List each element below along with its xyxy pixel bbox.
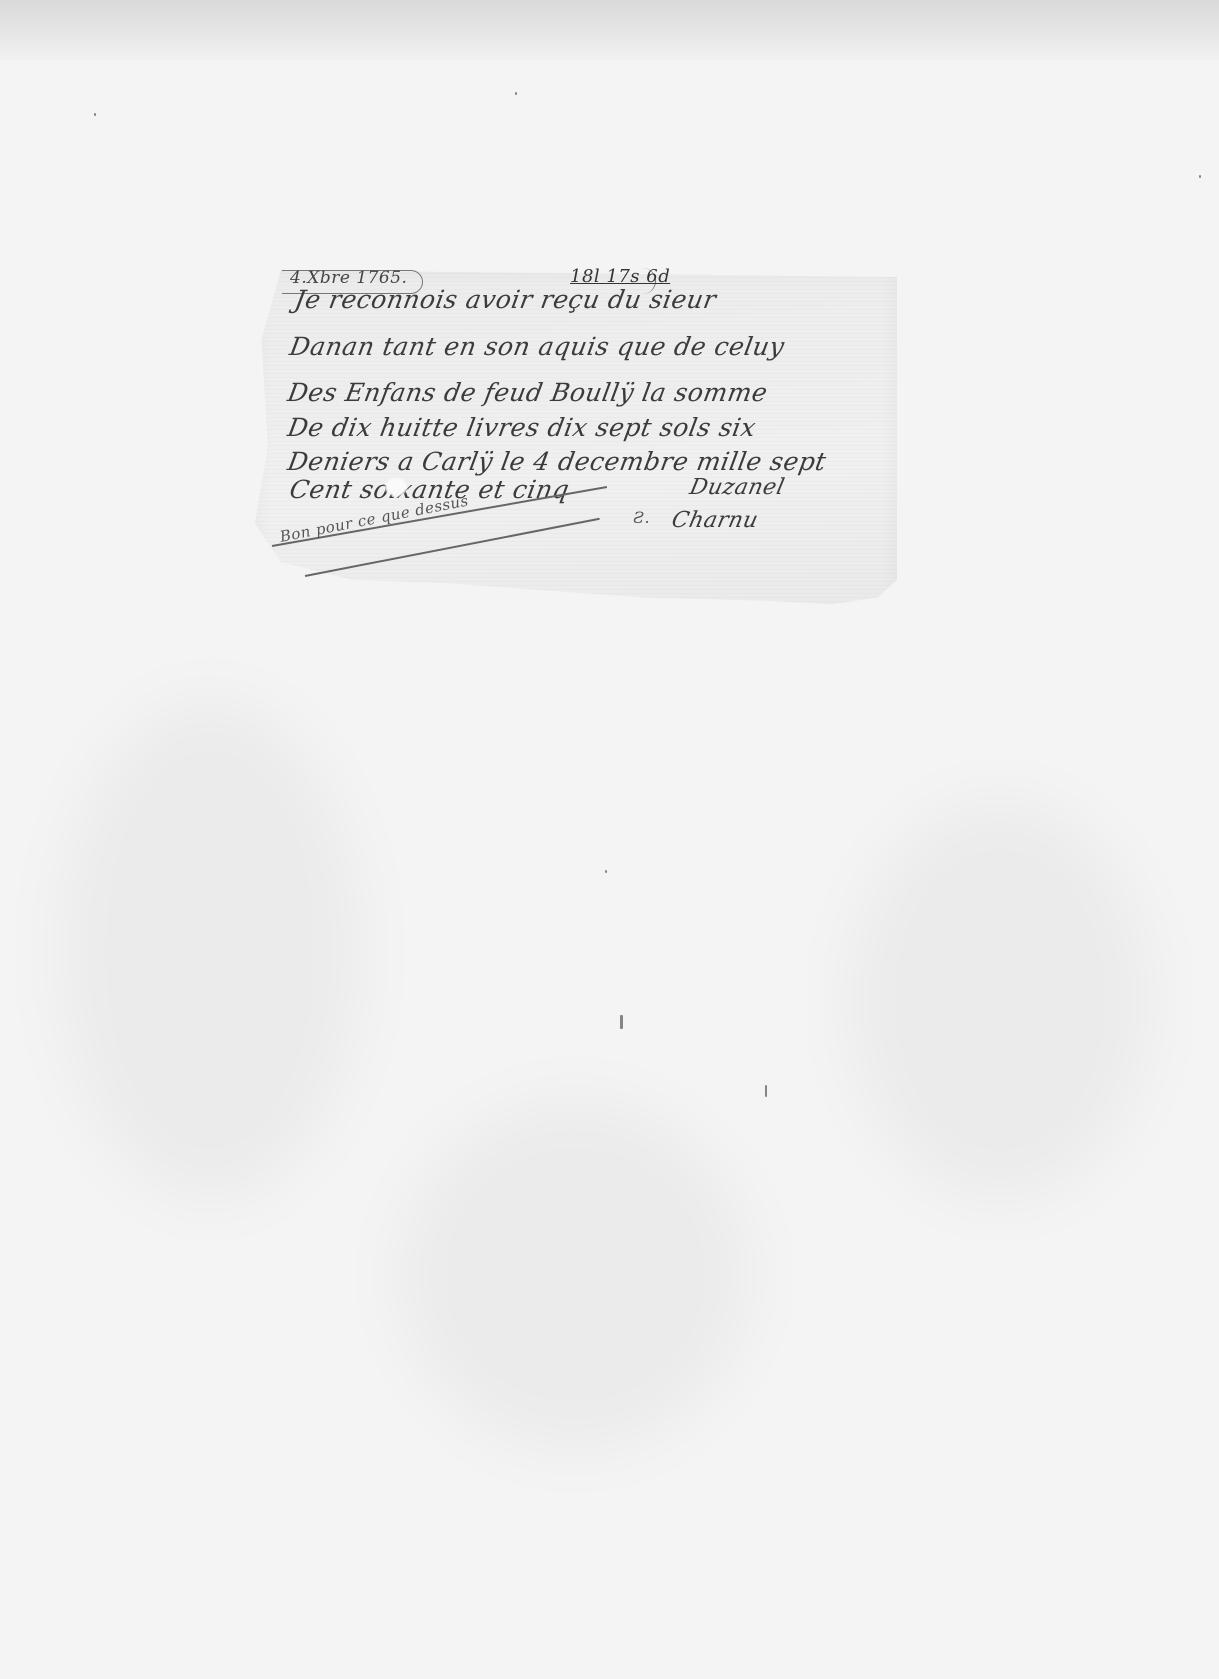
scan-blotch (850, 800, 1150, 1200)
receipt-line: Danan tant en son aquis que de celuy (287, 332, 786, 361)
scan-blotch (400, 1100, 750, 1450)
scan-blotch (60, 700, 360, 1200)
dust-speck (1199, 175, 1201, 178)
dust-speck (605, 870, 607, 873)
dust-speck (515, 92, 517, 95)
paper-hole (385, 478, 407, 496)
scan-edge-shadow (0, 0, 1219, 60)
dust-speck (94, 113, 96, 116)
receipt-line: Deniers a Carlÿ le 4 decembre mille sept (285, 447, 828, 476)
receipt-line: Des Enfans de feud Boullÿ la somme (285, 378, 769, 407)
receipt-line: De dix huitte livres dix sept sols six (285, 413, 758, 442)
signature-2: Charnu (669, 508, 760, 533)
dust-speck (620, 1015, 623, 1029)
paraph-mark: Ƨ. (633, 508, 650, 527)
amount-note: 18l 17s 6d (570, 266, 670, 287)
dust-speck (765, 1085, 767, 1097)
receipt-paper (255, 270, 897, 622)
receipt-line: Je reconnois avoir reçu du sieur (292, 285, 718, 314)
signature-1: Duzanel (687, 475, 787, 500)
